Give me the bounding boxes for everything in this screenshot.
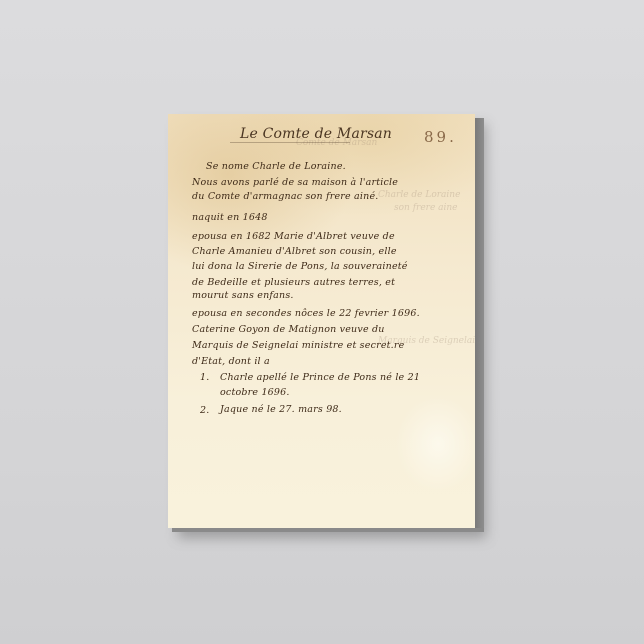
bleed-through-text: son frere aine [394,203,458,213]
manuscript-line: epousa en secondes nôces le 22 fevrier 1… [192,308,420,319]
manuscript-line: epousa en 1682 Marie d'Albret veuve de [192,231,395,242]
manuscript-line: naquit en 1648 [192,212,268,223]
folio-number: 89. [424,128,457,146]
child-entry: Charle apellé le Prince de Pons né le 21 [220,372,420,383]
canvas-print: Comte de Marsan Charle de Loraine son fr… [168,114,475,528]
manuscript-line: mourut sans enfans. [192,290,294,301]
child-entry: Jaque né le 27. mars 98. [220,404,342,415]
title-underline [230,142,350,143]
manuscript-line: d'Etat, dont il a [192,356,270,367]
manuscript-line: Nous avons parlé de sa maison à l'articl… [192,177,398,188]
canvas-bottom-edge [172,528,484,532]
child-number: 2. [200,405,209,416]
manuscript-line: Caterine Goyon de Matignon veuve du [192,324,385,335]
child-number: 1. [200,372,209,383]
manuscript-line: Marquis de Seignelai ministre et secret.… [192,340,404,351]
manuscript-line: du Comte d'armagnac son frere ainé. [192,191,379,202]
bleed-through-text: Charle de Loraine [378,190,460,200]
manuscript-line: Charle Amanieu d'Albret son cousin, elle [192,246,397,257]
manuscript-line: Se nome Charle de Loraine. [206,161,346,172]
manuscript-line: lui dona la Sirerie de Pons, la souverai… [192,261,408,272]
canvas-side-edge [475,118,484,530]
manuscript-line: de Bedeille et plusieurs autres terres, … [192,277,395,288]
manuscript-title: Le Comte de Marsan [240,126,392,142]
child-entry-continuation: octobre 1696. [220,387,290,398]
